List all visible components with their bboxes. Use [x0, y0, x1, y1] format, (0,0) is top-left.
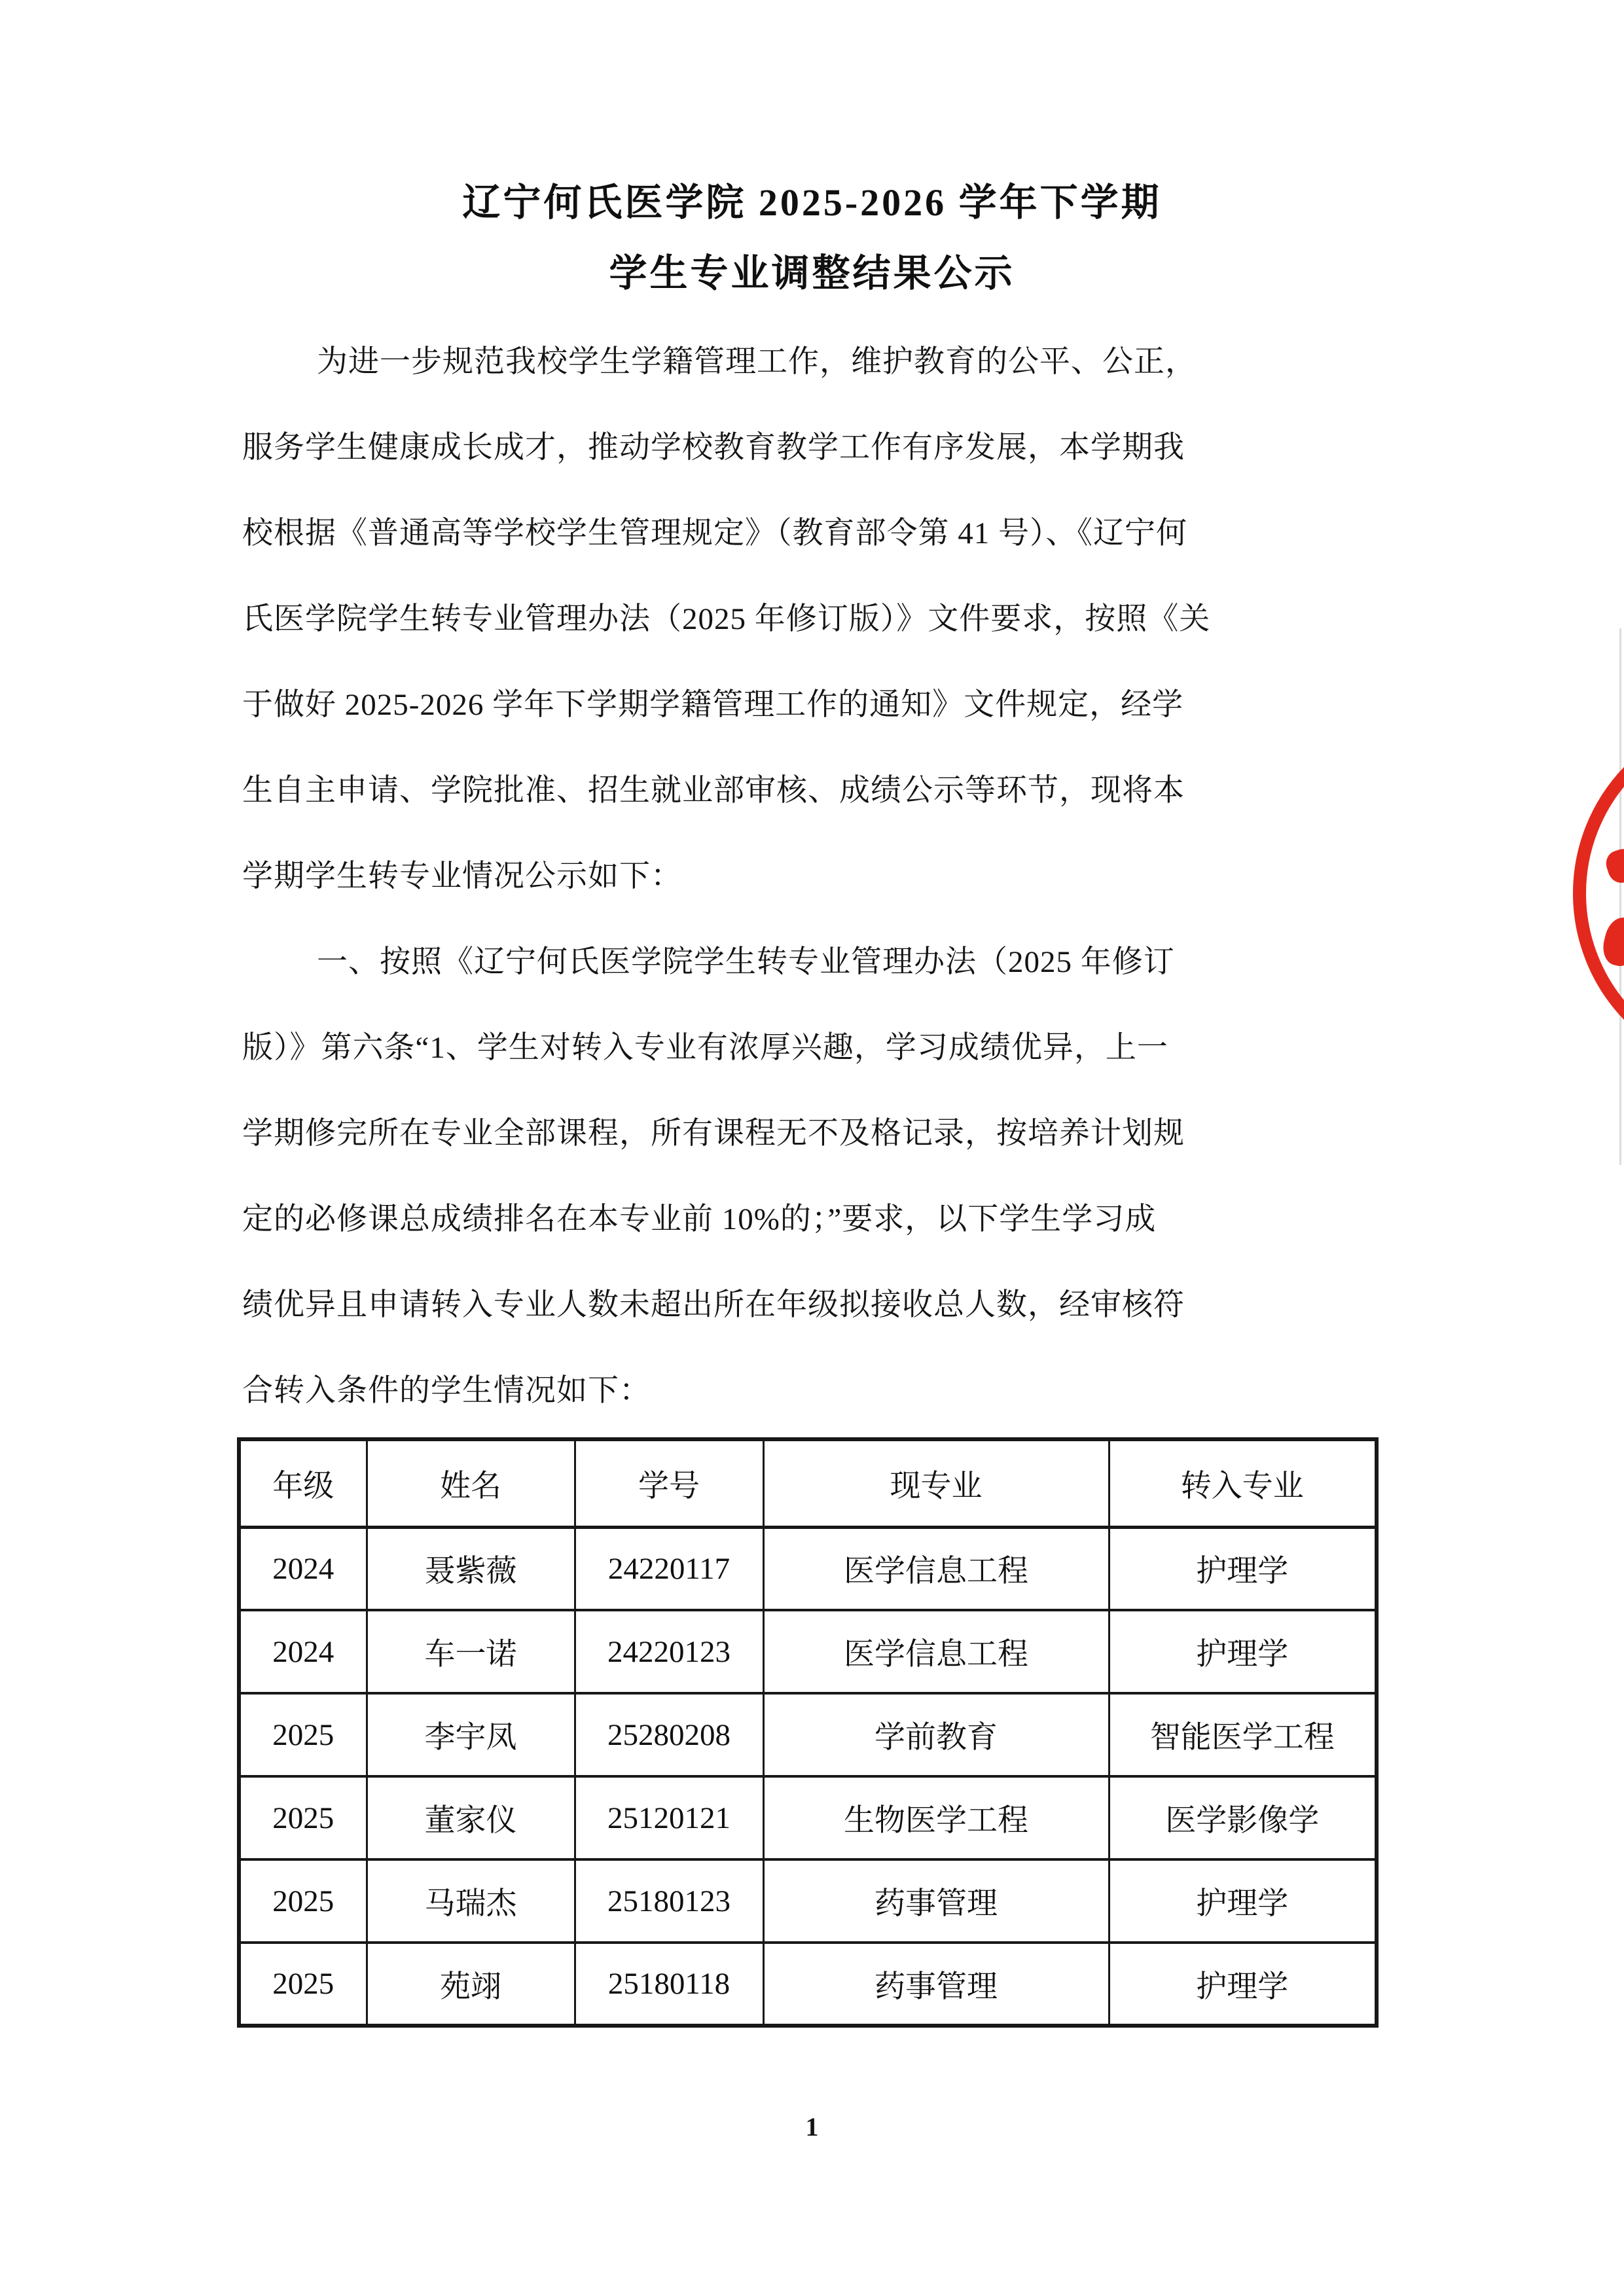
- cell-transfer-major: 护理学: [1109, 1859, 1377, 1943]
- paragraph-2-line: 版）》第六条“1、学生对转入专业有浓厚兴趣，学习成绩优异，上一: [242, 1005, 1414, 1091]
- paragraph-1-line: 为进一步规范我校学生学籍管理工作，维护教育的公平、公正，: [242, 319, 1414, 405]
- cell-grade: 2025: [239, 1859, 367, 1943]
- table-header-current-major: 现专业: [763, 1439, 1109, 1527]
- table-header-name: 姓名: [367, 1439, 575, 1527]
- cell-name: 李宇凤: [367, 1693, 575, 1776]
- cell-grade: 2025: [239, 1693, 367, 1776]
- cell-transfer-major: 护理学: [1109, 1943, 1377, 2026]
- page-number: 1: [0, 2111, 1624, 2142]
- paragraph-1-line: 校根据《普通高等学校学生管理规定》（教育部令第 41 号）、《辽宁何: [242, 491, 1414, 577]
- cell-transfer-major: 护理学: [1109, 1527, 1377, 1610]
- table-header-row: 年级 姓名 学号 现专业 转入专业: [239, 1439, 1377, 1527]
- paragraph-1-line: 学期学生转专业情况公示如下：: [242, 834, 1414, 920]
- cell-grade: 2024: [239, 1610, 367, 1693]
- cell-name: 马瑞杰: [367, 1859, 575, 1943]
- cell-name: 董家仪: [367, 1776, 575, 1859]
- paragraph-1-line: 氏医学院学生转专业管理办法（2025 年修订版）》文件要求，按照《关: [242, 577, 1414, 662]
- paragraph-2-line: 合转入条件的学生情况如下：: [242, 1348, 1414, 1434]
- paragraph-2-line: 定的必修课总成绩排名在本专业前 10%的；”要求，以下学生学习成: [242, 1177, 1414, 1263]
- cell-student-id: 25180118: [575, 1943, 763, 2026]
- cell-student-id: 25120121: [575, 1776, 763, 1859]
- cell-current-major: 医学信息工程: [763, 1527, 1109, 1610]
- table-row: 2025 苑翊 25180118 药事管理 护理学: [239, 1943, 1377, 2026]
- cell-current-major: 生物医学工程: [763, 1776, 1109, 1859]
- title-line-1: 辽宁何氏医学院 2025-2026 学年下学期: [0, 168, 1624, 238]
- table-row: 2025 董家仪 25120121 生物医学工程 医学影像学: [239, 1776, 1377, 1859]
- table-row: 2024 车一诺 24220123 医学信息工程 护理学: [239, 1610, 1377, 1693]
- body-text: 为进一步规范我校学生学籍管理工作，维护教育的公平、公正， 服务学生健康成长成才，…: [242, 319, 1414, 1434]
- cell-name: 车一诺: [367, 1610, 575, 1693]
- paragraph-1-line: 于做好 2025-2026 学年下学期学籍管理工作的通知》文件规定，经学: [242, 662, 1414, 748]
- cell-name: 聂紫薇: [367, 1527, 575, 1610]
- transfer-roster-table: 年级 姓名 学号 现专业 转入专业 2024 聂紫薇 24220117 医学信息…: [237, 1437, 1379, 2028]
- cell-current-major: 药事管理: [763, 1943, 1109, 2026]
- paragraph-2-line: 一、按照《辽宁何氏医学院学生转专业管理办法（2025 年修订: [242, 920, 1414, 1005]
- table-header-grade: 年级: [239, 1439, 367, 1527]
- cell-transfer-major: 智能医学工程: [1109, 1693, 1377, 1776]
- cell-grade: 2024: [239, 1527, 367, 1610]
- cell-grade: 2025: [239, 1776, 367, 1859]
- cell-name: 苑翊: [367, 1943, 575, 2026]
- cell-transfer-major: 医学影像学: [1109, 1776, 1377, 1859]
- table-header-student-id: 学号: [575, 1439, 763, 1527]
- document-title: 辽宁何氏医学院 2025-2026 学年下学期 学生专业调整结果公示: [0, 168, 1624, 309]
- cell-student-id: 24220117: [575, 1527, 763, 1610]
- paragraph-2-line: 学期修完所在专业全部课程，所有课程无不及格记录，按培养计划规: [242, 1091, 1414, 1177]
- cell-current-major: 医学信息工程: [763, 1610, 1109, 1693]
- table-row: 2025 马瑞杰 25180123 药事管理 护理学: [239, 1859, 1377, 1943]
- cell-student-id: 25280208: [575, 1693, 763, 1776]
- cell-current-major: 药事管理: [763, 1859, 1109, 1943]
- paragraph-1-line: 生自主申请、学院批准、招生就业部审核、成绩公示等环节，现将本: [242, 748, 1414, 834]
- cell-student-id: 25180123: [575, 1859, 763, 1943]
- table-row: 2024 聂紫薇 24220117 医学信息工程 护理学: [239, 1527, 1377, 1610]
- table-row: 2025 李宇凤 25280208 学前教育 智能医学工程: [239, 1693, 1377, 1776]
- scanned-document-page: 辽宁何氏医学院 2025-2026 学年下学期 学生专业调整结果公示 为进一步规…: [0, 0, 1624, 2296]
- cell-transfer-major: 护理学: [1109, 1610, 1377, 1693]
- cell-grade: 2025: [239, 1943, 367, 2026]
- cell-student-id: 24220123: [575, 1610, 763, 1693]
- table-header-transfer-major: 转入专业: [1109, 1439, 1377, 1527]
- official-red-seal-icon: [1573, 711, 1624, 1075]
- paragraph-2-line: 绩优异且申请转入专业人数未超出所在年级拟接收总人数，经审核符: [242, 1263, 1414, 1348]
- paragraph-1-line: 服务学生健康成长成才，推动学校教育教学工作有序发展，本学期我: [242, 405, 1414, 491]
- cell-current-major: 学前教育: [763, 1693, 1109, 1776]
- title-line-2: 学生专业调整结果公示: [0, 238, 1624, 309]
